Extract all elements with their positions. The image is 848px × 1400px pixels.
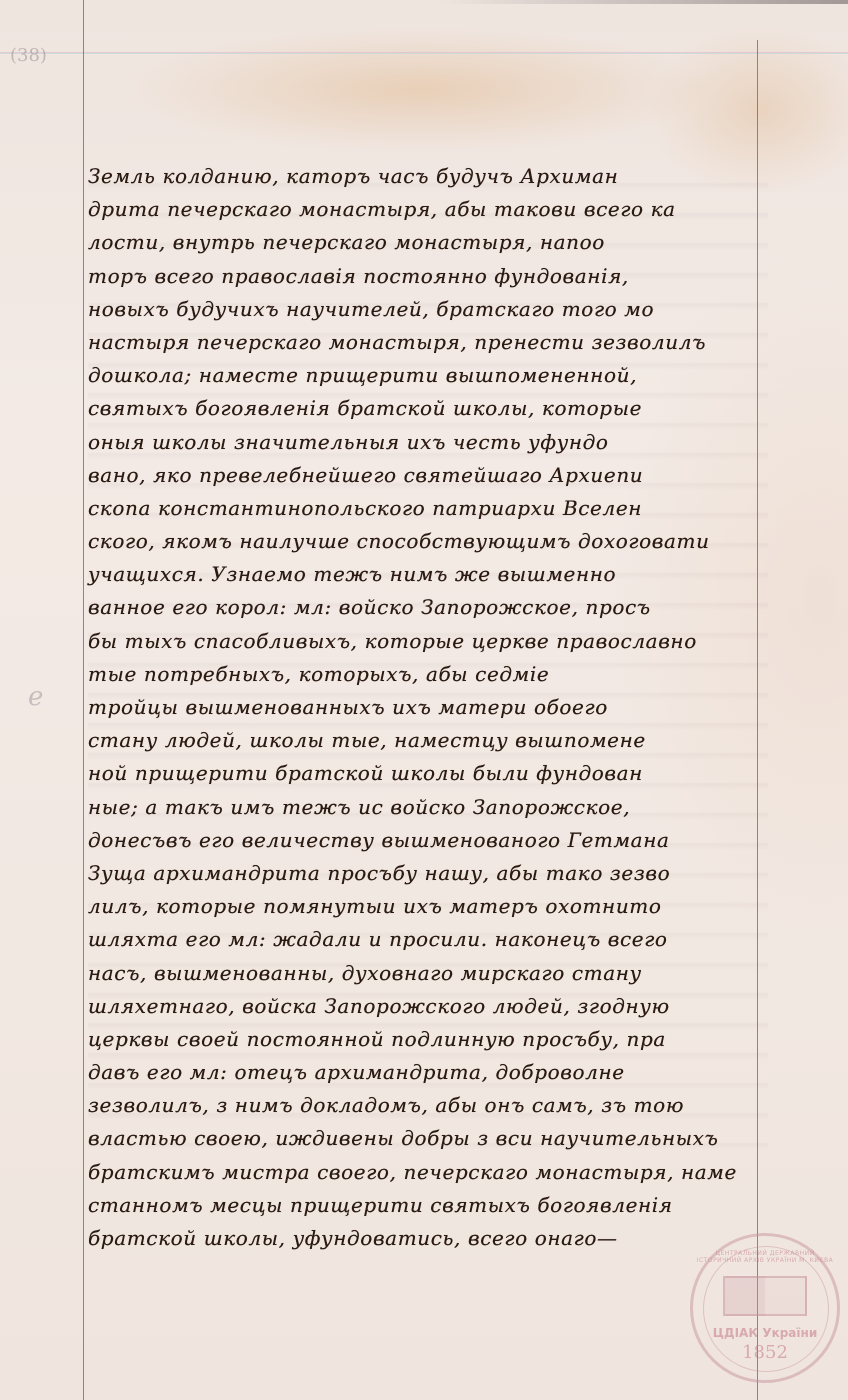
text-line: дошкола; наместе прищерити вышпомененной… [88, 359, 788, 392]
text-line: дрита печерскаго монастыря, абы такови в… [88, 193, 788, 226]
stamp-label: ЦДІАК України [693, 1326, 837, 1340]
text-line: шляхетнаго, войска Запорожского людей, з… [88, 990, 788, 1023]
text-line: скопа константинопольского патриархи Все… [88, 492, 788, 525]
text-line: лости, внутрь печерскаго монастыря, напо… [88, 226, 788, 259]
archive-stamp: ЦЕНТРАЛЬНИЙ ДЕРЖАВНИЙ ІСТОРИЧНИЙ АРХІВ У… [690, 1233, 840, 1383]
text-line: шляхта его мл: жадали и просили. наконец… [88, 923, 788, 956]
text-line: давъ его мл: отецъ архимандрита, доброво… [88, 1056, 788, 1089]
text-line: Зуща архимандрита просъбу нашу, абы тако… [88, 857, 788, 890]
scan-edge [440, 0, 848, 4]
text-line: святыхъ богоявленія братской школы, кото… [88, 392, 788, 425]
text-line: учащихся. Узнаемо тежъ нимъ же вышменно [88, 558, 788, 591]
text-line: новыхъ будучихъ научителей, братскаго то… [88, 293, 788, 326]
left-margin-rule [83, 0, 84, 1400]
text-line: настыря печерскаго монастыря, пренести з… [88, 326, 788, 359]
page-number: (38) [10, 45, 47, 66]
text-line: торъ всего православія постоянно фундова… [88, 260, 788, 293]
text-line: ной прищерити братской школы были фундов… [88, 757, 788, 790]
text-line: церквы своей постоянной подлинную просъб… [88, 1023, 788, 1056]
text-line: лилъ, которые помянутыи ихъ матеръ охотн… [88, 890, 788, 923]
top-ruled-line [0, 52, 848, 54]
stamp-year: 1852 [693, 1342, 837, 1363]
margin-mark: e [28, 682, 43, 712]
text-line: тройцы вышменованныхъ ихъ матери обоего [88, 691, 788, 724]
stamp-ring-text: ЦЕНТРАЛЬНИЙ ДЕРЖАВНИЙ ІСТОРИЧНИЙ АРХІВ У… [693, 1250, 837, 1264]
text-line: станномъ месцы прищерити святыхъ богоявл… [88, 1189, 788, 1222]
text-line: братской школы, уфундоватись, всего онаг… [88, 1222, 788, 1255]
text-line: зезволилъ, з нимъ докладомъ, абы онъ сам… [88, 1089, 788, 1122]
text-line: Земль колданию, каторъ часъ будучъ Архим… [88, 160, 788, 193]
text-line: донесъвъ его величеству вышменованого Ге… [88, 824, 788, 857]
manuscript-text: Земль колданию, каторъ часъ будучъ Архим… [88, 160, 788, 1255]
text-line: ванное его корол: мл: войско Запорожское… [88, 591, 788, 624]
text-line: ского, якомъ наилучше способствующимъ до… [88, 525, 788, 558]
open-book-icon [723, 1276, 807, 1316]
text-line: оныя школы значительныя ихъ честь уфундо [88, 426, 788, 459]
text-line: насъ, вышменованны, духовнаго мирскаго с… [88, 957, 788, 990]
text-line: бы тыхъ спасобливыхъ, которые церкве пра… [88, 625, 788, 658]
text-line: вано, яко превелебнейшего святейшаго Арх… [88, 459, 788, 492]
text-line: ные; а такъ имъ тежъ ис войско Запорожск… [88, 791, 788, 824]
text-line: властью своею, иждивены добры з вси науч… [88, 1122, 788, 1155]
text-line: братскимъ мистра своего, печерскаго мона… [88, 1156, 788, 1189]
text-line: стану людей, школы тые, наместцу вышпоме… [88, 724, 788, 757]
text-line: тые потребныхъ, которыхъ, абы седміе [88, 658, 788, 691]
